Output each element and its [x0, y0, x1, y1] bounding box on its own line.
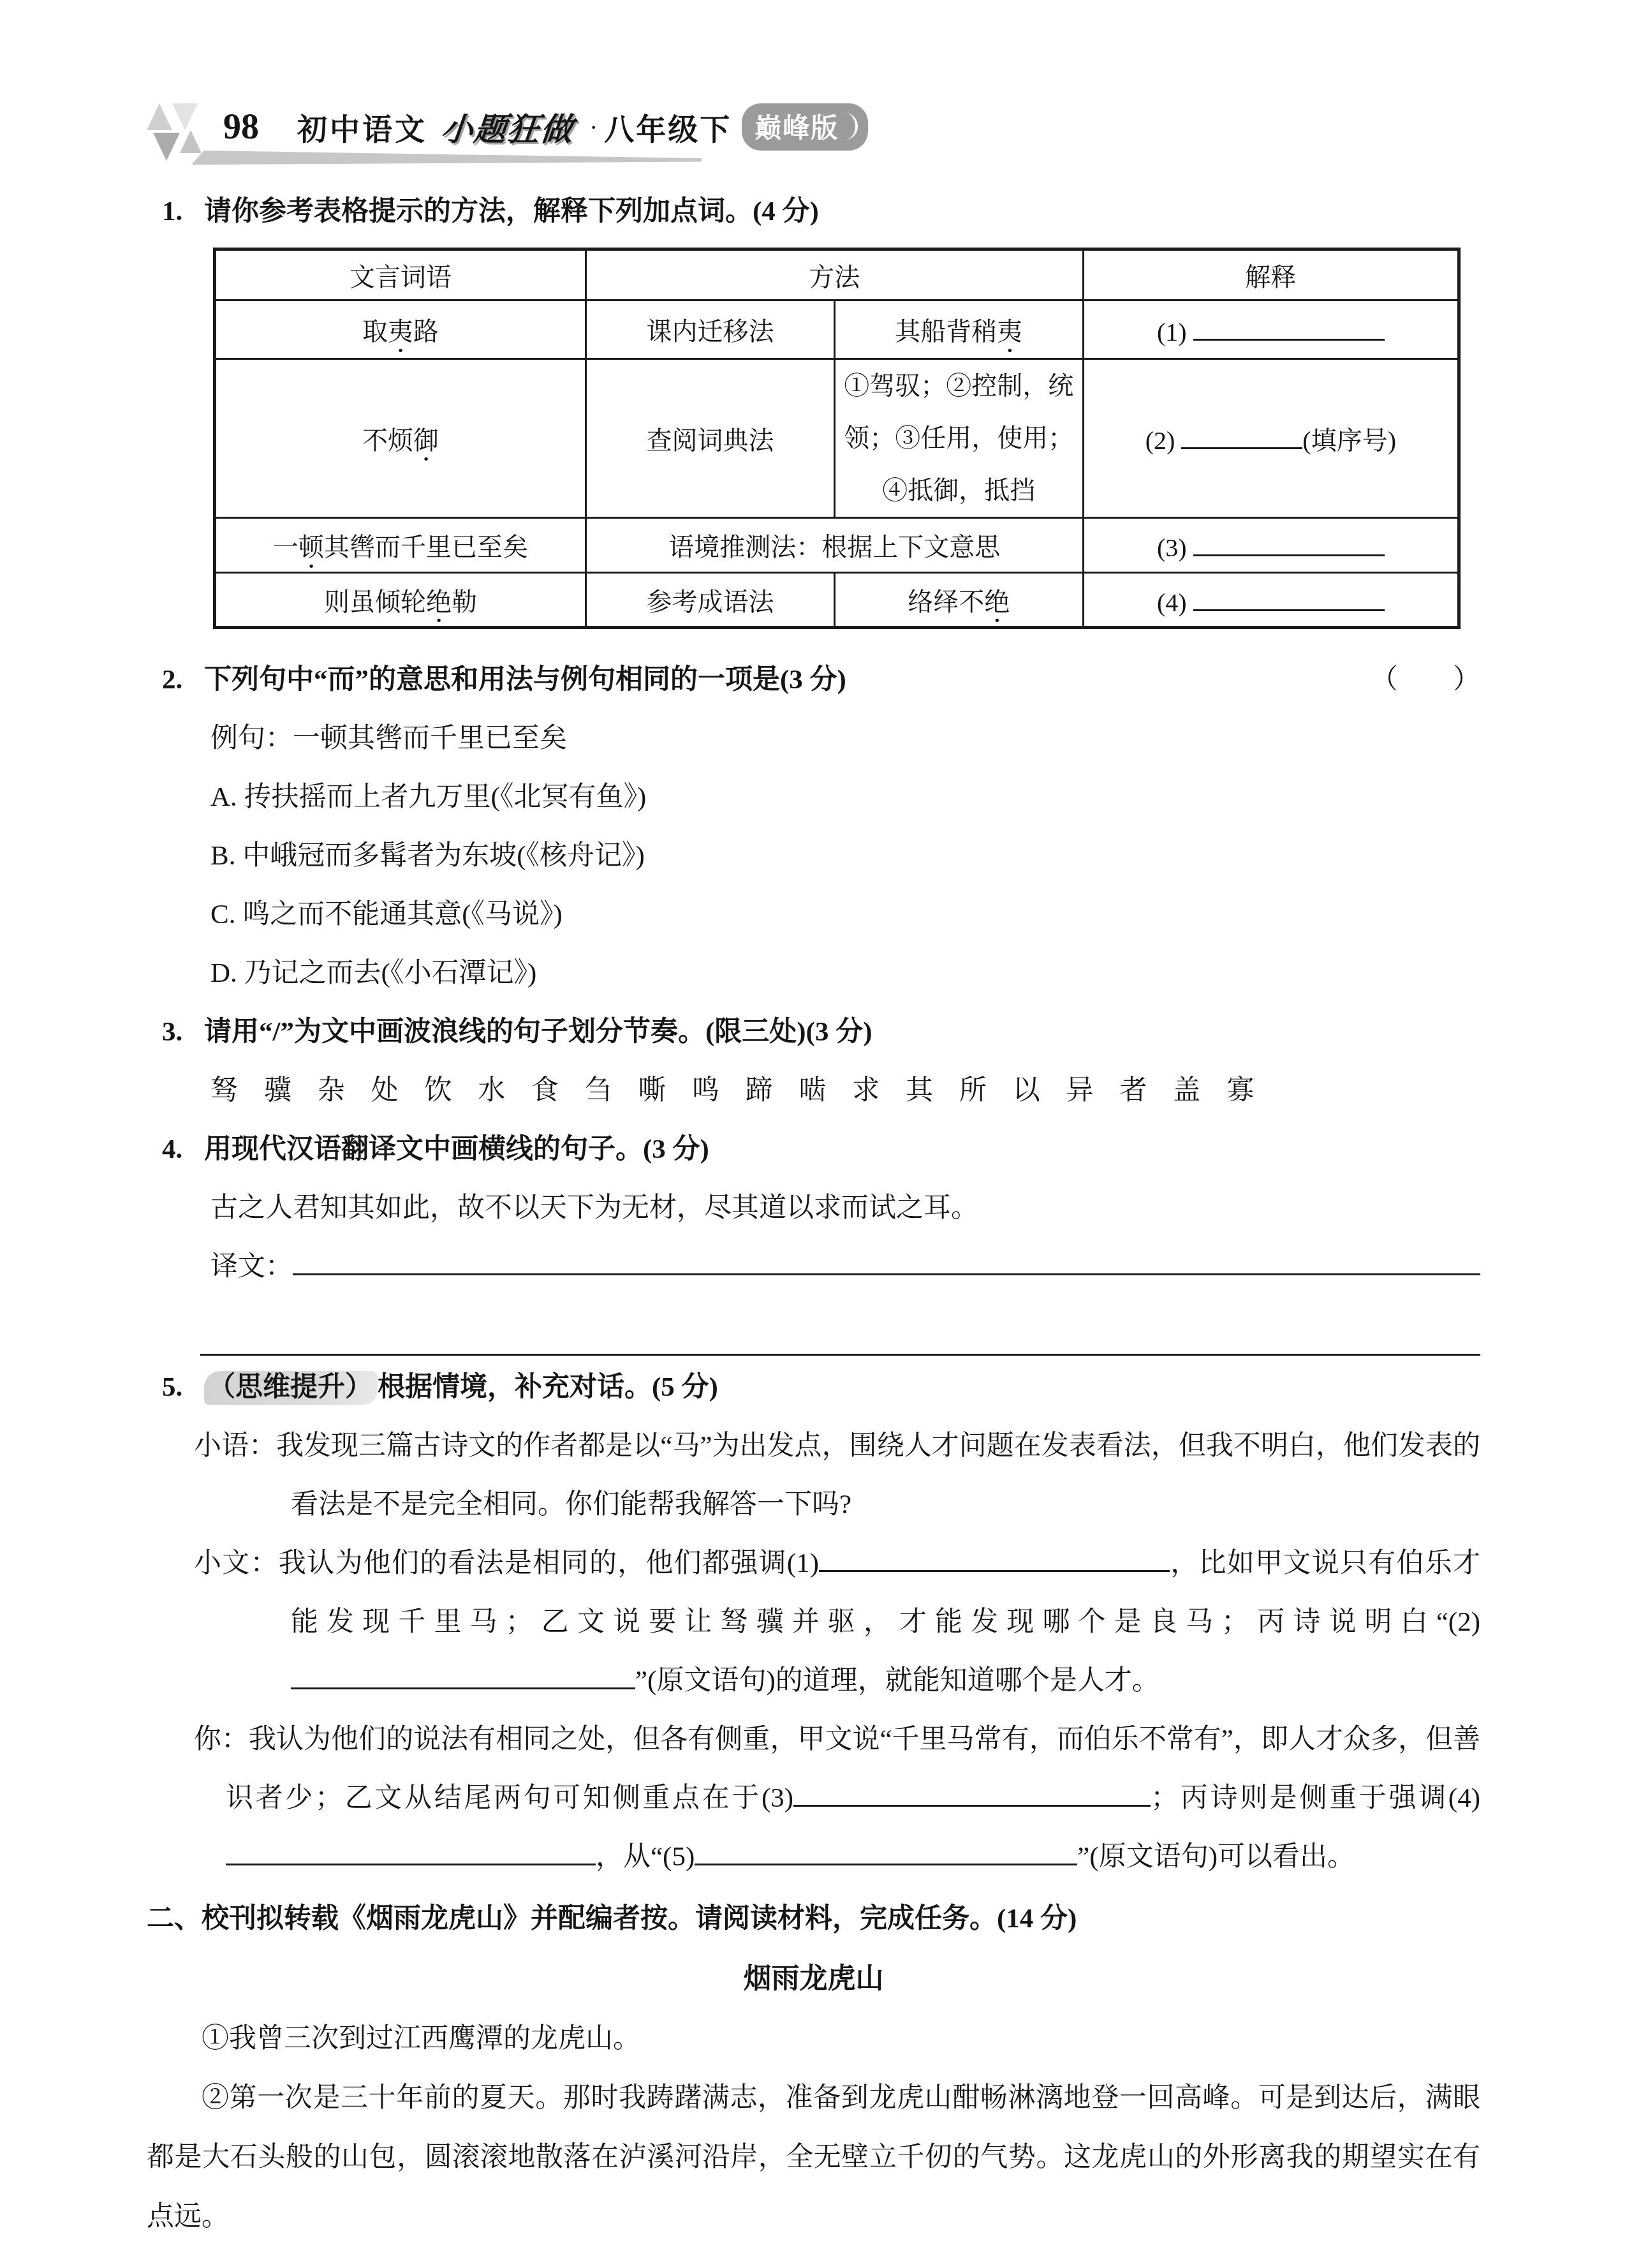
page-number: 98	[223, 107, 259, 147]
question-1: 1. 请你参考表格提示的方法，解释下列加点词。(4 分) 文言词语 方法 解释 …	[147, 193, 1480, 629]
question-3: 3. 请用“/”为文中画波浪线的句子划分节奏。(限三处)(3 分) 驽骥杂处饮水…	[147, 1003, 1480, 1120]
answer-blank	[1193, 582, 1385, 611]
word-pre: 取	[362, 317, 388, 346]
publisher-logo-icon	[147, 98, 202, 165]
word-dotted-char: 夷	[388, 317, 413, 346]
table-row: 则虽倾轮绝勒 参考成语法 络绎不绝 (4)	[215, 573, 1459, 628]
word-dotted-char: 顿	[298, 533, 324, 561]
header-swoosh-decoration	[191, 151, 702, 165]
word-pre: 不烦	[362, 426, 413, 455]
answer-label: (4)	[1157, 588, 1187, 617]
example-cell: 络绎不绝	[834, 573, 1083, 628]
answer-blank	[1193, 312, 1385, 341]
dialogue-text: (原文语句)可以看出。	[1089, 1842, 1355, 1872]
answer-blank-4	[226, 1835, 596, 1865]
answer-blank	[293, 1245, 1480, 1275]
word-post: 其辔而千里已至矣	[324, 533, 528, 561]
dialogue-xiaoyu: 小语：我发现三篇古诗文的作者都是以“马”为出发点，围绕人才问题在发表看法，但我不…	[194, 1417, 1480, 1534]
example-dotted-char: 绝	[984, 588, 1010, 616]
word-method-table: 文言词语 方法 解释 取夷路 课内迁移法 其船背稍夷 (1) 不烦御 查阅词典法…	[213, 248, 1461, 629]
speaker-label: 小语：	[194, 1431, 276, 1461]
logo-triangle-icon	[153, 133, 180, 161]
translation-label: 译文：	[210, 1238, 293, 1296]
translation-answer-row: 译文：	[210, 1238, 1480, 1296]
dialogue-xiaowen: 小文：我认为他们的看法是相同的，他们都强调(1)，比如甲文说只有伯乐才能发现千里…	[194, 1534, 1480, 1710]
table-header-method: 方法	[586, 249, 1084, 300]
word-cell: 一顿其辔而千里已至矣	[215, 518, 586, 573]
answer-blank	[1193, 528, 1385, 556]
table-header-row: 文言词语 方法 解释	[215, 249, 1459, 300]
word-cell: 不烦御	[215, 359, 586, 518]
header-brand-logo: 小题狂做	[439, 104, 577, 150]
page-header: 98 初中语文 小题狂做 · 八年级下 巅峰版	[147, 96, 1480, 167]
option-a: A. 抟扶摇而上者九万里(《北冥有鱼》)	[210, 768, 1480, 827]
example-cell: 其船背稍夷	[834, 300, 1083, 359]
method-cell: 参考成语法	[586, 573, 835, 628]
option-d: D. 乃记之而去(《小石潭记》)	[210, 944, 1480, 1003]
method-cell: 查阅词典法	[586, 359, 835, 518]
thinking-upgrade-tag: （思维提升）	[204, 1371, 378, 1405]
option-b: B. 中峨冠而多髯者为东坡(《核舟记》)	[210, 827, 1480, 886]
answer-blank-1	[819, 1541, 1170, 1572]
example-pre: 络绎不	[908, 588, 984, 616]
answer-label: (1)	[1157, 318, 1187, 346]
question-5: 5. （思维提升）根据情境，补充对话。(5 分) 小语：我发现三篇古诗文的作者都…	[147, 1358, 1480, 1886]
option-text: 抟扶摇而上者九万里(《北冥有鱼》)	[244, 782, 647, 812]
answer-blank	[1181, 420, 1302, 449]
option-label: B.	[210, 841, 235, 871]
essay-paragraph-1: ①我曾三次到过江西鹰潭的龙虎山。	[147, 2009, 1480, 2068]
essay-paragraph-2: ②第一次是三十年前的夏天。那时我踌躇满志，准备到龙虎山酣畅淋漓地登一回高峰。可是…	[147, 2068, 1480, 2246]
dialogue-text: ”	[1077, 1842, 1089, 1872]
table-row: 取夷路 课内迁移法 其船背稍夷 (1)	[215, 300, 1459, 359]
question-stem: 下列句中“而”的意思和用法与例句相同的一项是(3 分)	[204, 651, 1371, 709]
rhythm-sentence: 驽骥杂处饮水食刍嘶鸣蹄啮求其所以异者盖寡	[210, 1062, 1480, 1120]
option-c: C. 鸣之而不能通其意(《马说》)	[210, 886, 1480, 944]
table-row: 一顿其辔而千里已至矣 语境推测法：根据上下文意思 (3)	[215, 518, 1459, 573]
word-cell: 取夷路	[215, 300, 586, 359]
logo-triangle-icon	[172, 103, 198, 130]
answer-line	[200, 1296, 1480, 1356]
answer-cell: (2) (填序号)	[1083, 359, 1459, 518]
answer-cell: (1)	[1083, 300, 1459, 359]
question-stem: （思维提升）根据情境，补充对话。(5 分)	[204, 1358, 1480, 1417]
answer-bracket: （ ）	[1371, 651, 1480, 709]
speaker-label: 小文：	[194, 1548, 279, 1578]
answer-blank-5	[695, 1835, 1077, 1865]
answer-label: (3)	[1157, 533, 1187, 562]
example-sentence: 例句：一顿其辔而千里已至矣	[210, 709, 1480, 768]
table-header-word: 文言词语	[215, 249, 586, 300]
question-4: 4. 用现代汉语翻译文中画横线的句子。(3 分) 古之人君知其如此，故不以天下为…	[147, 1120, 1480, 1356]
header-subject: 初中语文	[297, 106, 427, 149]
question-number: 5.	[162, 1358, 204, 1417]
word-pre: 则虽倾轮	[324, 588, 426, 616]
essay-title: 烟雨龙虎山	[147, 1949, 1480, 2009]
dialogue-text: ，从“(5)	[596, 1842, 695, 1872]
question-stem: 用现代汉语翻译文中画横线的句子。(3 分)	[204, 1120, 1480, 1179]
word-dotted-char: 御	[413, 426, 439, 455]
question-stem-text: 根据情境，补充对话。(5 分)	[378, 1372, 718, 1402]
dialogue-you: 你：我认为他们的说法有相同之处，但各有侧重，甲文说“千里马常有，而伯乐不常有”，…	[194, 1710, 1480, 1886]
logo-triangle-icon	[180, 130, 202, 153]
word-post: 勒	[452, 588, 477, 616]
header-separator: ·	[589, 112, 598, 142]
translation-source-sentence: 古之人君知其如此，故不以天下为无材，尽其道以求而试之耳。	[210, 1179, 1480, 1238]
question-stem: 请你参考表格提示的方法，解释下列加点词。(4 分)	[204, 193, 1480, 231]
answer-label: (2)	[1145, 426, 1175, 455]
edition-badge-label: 巅峰版	[755, 107, 839, 145]
table-header-explain: 解释	[1083, 249, 1459, 300]
dialogue-text: 我认为他们的看法是相同的，他们都强调(1)	[279, 1548, 819, 1578]
logo-triangle-icon	[147, 103, 172, 130]
method-cell: 课内迁移法	[586, 300, 835, 359]
section-number: 二、	[147, 1889, 202, 1949]
edition-badge: 巅峰版	[742, 103, 868, 151]
word-post: 路	[413, 317, 439, 346]
answer-cell: (4)	[1083, 573, 1459, 628]
question-number: 3.	[162, 1003, 204, 1062]
answer-cell: (3)	[1083, 518, 1459, 573]
dictionary-cell: ①驾驭；②控制，统领；③任用，使用；④抵御，抵挡	[834, 359, 1083, 518]
dialogue-text: ”(原文语句)的道理，就能知道哪个是人才。	[635, 1666, 1160, 1696]
answer-blank-2	[291, 1659, 635, 1689]
section-heading: 二、 校刊拟转载《烟雨龙虎山》并配编者按。请阅读材料，完成任务。(14 分)	[147, 1889, 1480, 1949]
dialogue-text: 我发现三篇古诗文的作者都是以“马”为出发点，围绕人才问题在发表看法，但我不明白，…	[276, 1431, 1480, 1520]
word-cell: 则虽倾轮绝勒	[215, 573, 586, 628]
question-number: 4.	[162, 1120, 204, 1179]
table-row: 不烦御 查阅词典法 ①驾驭；②控制，统领；③任用，使用；④抵御，抵挡 (2) (…	[215, 359, 1459, 518]
option-label: A.	[210, 782, 237, 812]
option-text: 鸣之而不能通其意(《马说》)	[242, 900, 563, 930]
question-stem: 请用“/”为文中画波浪线的句子划分节奏。(限三处)(3 分)	[204, 1003, 1480, 1062]
question-number: 1.	[162, 193, 204, 231]
answer-suffix: (填序号)	[1302, 426, 1396, 455]
option-label: C.	[210, 900, 235, 930]
header-grade: 八年级下	[604, 106, 732, 149]
answer-blank-3	[793, 1776, 1151, 1807]
section-heading-text: 校刊拟转载《烟雨龙虎山》并配编者按。请阅读材料，完成任务。(14 分)	[202, 1889, 1077, 1949]
word-pre: 一	[273, 533, 298, 561]
option-text: 乃记之而去(《小石潭记》)	[244, 958, 537, 988]
dialogue-text: ；丙诗则是侧重于强调(4)	[1151, 1783, 1480, 1813]
example-dotted-char: 夷	[997, 317, 1022, 346]
speaker-label: 你：	[194, 1724, 249, 1754]
option-text: 中峨冠而多髯者为东坡(《核舟记》)	[242, 841, 645, 871]
option-label: D.	[210, 958, 237, 988]
question-2: 2. 下列句中“而”的意思和用法与例句相同的一项是(3 分) （ ） 例句：一顿…	[147, 651, 1480, 1003]
method-merged-cell: 语境推测法：根据上下文意思	[586, 518, 1084, 573]
section-two: 二、 校刊拟转载《烟雨龙虎山》并配编者按。请阅读材料，完成任务。(14 分) 烟…	[147, 1889, 1480, 2246]
badge-arc-icon	[845, 113, 858, 140]
word-dotted-char: 绝	[426, 588, 452, 616]
question-number: 2.	[162, 651, 204, 709]
example-pre: 其船背稍	[895, 317, 997, 346]
